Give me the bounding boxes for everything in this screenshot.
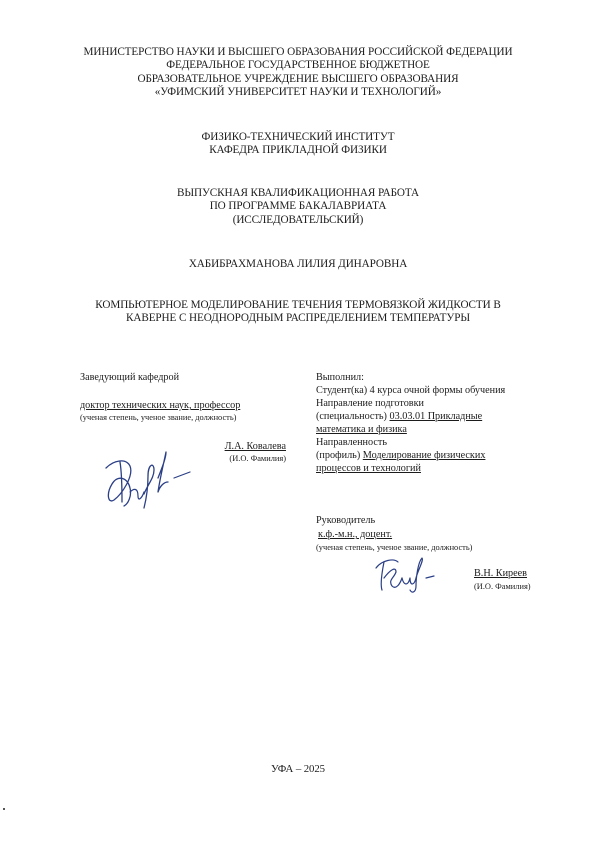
- profile-value: Моделирование физических: [363, 450, 486, 461]
- thesis-title-line: КАВЕРНЕ С НЕОДНОРОДНЫМ РАСПРЕДЕЛЕНИЕМ ТЕ…: [0, 312, 596, 325]
- city-year: УФА – 2025: [0, 763, 596, 776]
- profile-line: (профиль) Моделирование физических: [316, 450, 485, 463]
- head-of-department-label: Заведующий кафедрой: [80, 372, 179, 385]
- work-type-line: ПО ПРОГРАММЕ БАКАЛАВРИАТА: [0, 200, 596, 213]
- supervisor-degree-caption: (ученая степень, ученое звание, должност…: [316, 543, 472, 553]
- supervisor-name: В.Н. Киреев: [474, 568, 527, 581]
- supervisor-name-caption: (И.О. Фамилия): [474, 582, 531, 592]
- specialty-cont: математика и физика: [316, 424, 407, 437]
- student-info: Студент(ка) 4 курса очной формы обучения: [316, 385, 505, 398]
- performed-label: Выполнил:: [316, 372, 364, 385]
- header-line: МИНИСТЕРСТВО НАУКИ И ВЫСШЕГО ОБРАЗОВАНИЯ…: [0, 46, 596, 59]
- department-line: КАФЕДРА ПРИКЛАДНОЙ ФИЗИКИ: [0, 144, 596, 157]
- supervisor-signature-icon: [372, 556, 452, 596]
- focus-label: Направленность: [316, 437, 387, 450]
- head-degree-caption: (ученая степень, ученое звание, должност…: [80, 413, 236, 423]
- profile-prefix: (профиль): [316, 450, 360, 461]
- author-name-text: ХАБИБРАХМАНОВА ЛИЛИЯ ДИНАРОВНА: [0, 258, 596, 271]
- work-type-block: ВЫПУСКНАЯ КВАЛИФИКАЦИОННАЯ РАБОТА ПО ПРО…: [0, 187, 596, 227]
- institute-line: ФИЗИКО-ТЕХНИЧЕСКИЙ ИНСТИТУТ: [0, 131, 596, 144]
- header-line: ФЕДЕРАЛЬНОЕ ГОСУДАРСТВЕННОЕ БЮДЖЕТНОЕ: [0, 59, 596, 72]
- author-name: ХАБИБРАХМАНОВА ЛИЛИЯ ДИНАРОВНА: [0, 258, 596, 271]
- work-type-line: (ИССЛЕДОВАТЕЛЬСКИЙ): [0, 214, 596, 227]
- header-line: «УФИМСКИЙ УНИВЕРСИТЕТ НАУКИ И ТЕХНОЛОГИЙ…: [0, 86, 596, 99]
- work-type-line: ВЫПУСКНАЯ КВАЛИФИКАЦИОННАЯ РАБОТА: [0, 187, 596, 200]
- profile-cont: процессов и технологий: [316, 463, 421, 476]
- specialty-prefix: (специальность): [316, 411, 387, 422]
- ministry-header: МИНИСТЕРСТВО НАУКИ И ВЫСШЕГО ОБРАЗОВАНИЯ…: [0, 46, 596, 100]
- specialty-code: 03.03.01 Прикладные: [390, 411, 483, 422]
- scan-speck: [3, 808, 5, 810]
- thesis-title-line: КОМПЬЮТЕРНОЕ МОДЕЛИРОВАНИЕ ТЕЧЕНИЯ ТЕРМО…: [0, 299, 596, 312]
- head-degree: доктор технических наук, профессор: [80, 400, 240, 413]
- head-signature-icon: [100, 448, 200, 512]
- thesis-title: КОМПЬЮТЕРНОЕ МОДЕЛИРОВАНИЕ ТЕЧЕНИЯ ТЕРМО…: [0, 299, 596, 326]
- head-name: Л.А. Ковалева: [216, 441, 286, 454]
- direction-label: Направление подготовки: [316, 398, 424, 411]
- city-year-text: УФА – 2025: [0, 763, 596, 776]
- head-name-caption: (И.О. Фамилия): [216, 454, 286, 464]
- supervisor-degree: к.ф.-м.н., доцент.: [318, 529, 392, 542]
- specialty-line: (специальность) 03.03.01 Прикладные: [316, 411, 482, 424]
- institute-block: ФИЗИКО-ТЕХНИЧЕСКИЙ ИНСТИТУТ КАФЕДРА ПРИК…: [0, 131, 596, 158]
- supervisor-label: Руководитель: [316, 515, 375, 528]
- header-line: ОБРАЗОВАТЕЛЬНОЕ УЧРЕЖДЕНИЕ ВЫСШЕГО ОБРАЗ…: [0, 73, 596, 86]
